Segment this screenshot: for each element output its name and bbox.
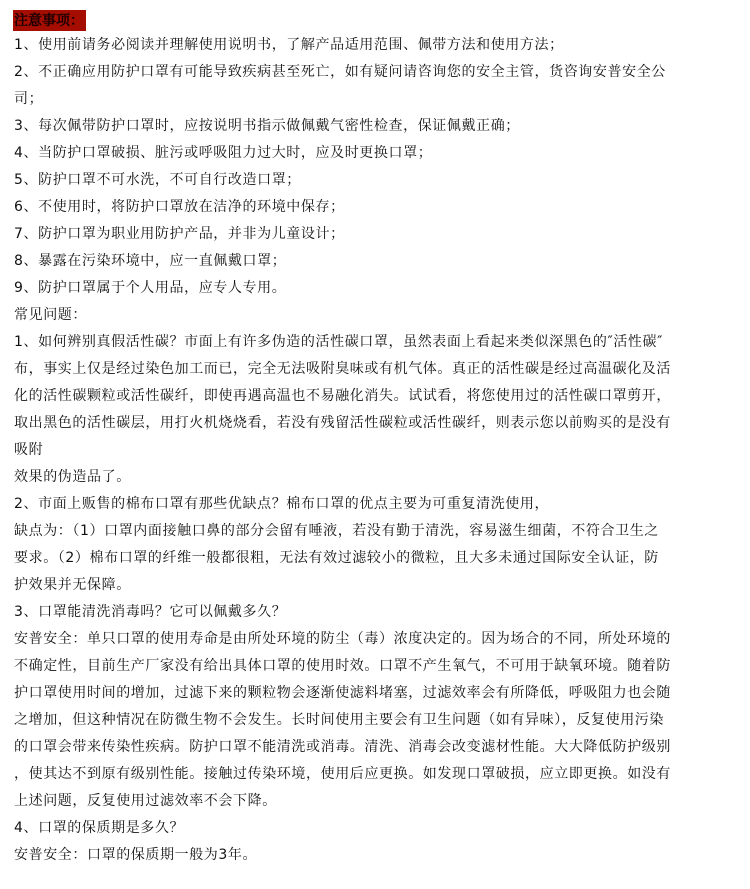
faq-line: 之增加，但这种情况在防微生物不会发生。长时间使用主要会有卫生问题（如有异味），反… [14, 707, 738, 734]
faq-line: ，使其达不到原有级别性能。接触过传染环境，使用后应更换。如发现口罩破损，应立即更… [14, 761, 738, 788]
notice-item: 3、每次佩带防护口罩时，应按说明书指示做佩戴气密性检查，保证佩戴正确； [14, 113, 738, 140]
faq-title: 常见问题： [14, 302, 738, 329]
faq-line: 上述问题，反复使用过滤效率不会下降。 [14, 788, 738, 815]
faq-line: 缺点为：（1）口罩内面接触口鼻的部分会留有唾液，若没有勤于清洗，容易滋生细菌，不… [14, 518, 738, 545]
faq-line: 布，事实上仅是经过染色加工而已，完全无法吸附臭味或有机气体。真正的活性碳是经过高… [14, 356, 738, 383]
faq-line: 1、如何辨别真假活性碳？市面上有许多伪造的活性碳口罩，虽然表面上看起来类似深黑色… [14, 329, 738, 356]
notice-item: 4、当防护口罩破损、脏污或呼吸阻力过大时，应及时更换口罩； [14, 140, 738, 167]
faq-line: 4、口罩的保质期是多久？ [14, 815, 738, 842]
faq-line: 护效果并无保障。 [14, 572, 738, 599]
notice-item: 8、暴露在污染环境中，应一直佩戴口罩； [14, 248, 738, 275]
notice-item: 5、防护口罩不可水洗，不可自行改造口罩； [14, 167, 738, 194]
faq-line: 护口罩使用时间的增加，过滤下来的颗粒物会逐渐使滤料堵塞，过滤效率会有所降低，呼吸… [14, 680, 738, 707]
faq-line: 3、口罩能清洗消毒吗？它可以佩戴多久？ [14, 599, 738, 626]
faq-line: 化的活性碳颗粒或活性碳纤，即使再遇高温也不易融化消失。试试看，将您使用过的活性碳… [14, 383, 738, 410]
faq-body: 1、如何辨别真假活性碳？市面上有许多伪造的活性碳口罩，虽然表面上看起来类似深黑色… [14, 329, 738, 869]
notice-item: 2、不正确应用防护口罩有可能导致疾病甚至死亡，如有疑问请咨询您的安全主管，货咨询… [14, 59, 738, 86]
faq-line: 取出黑色的活性碳层，用打火机烧烧看，若没有残留活性碳粒或活性碳纤，则表示您以前购… [14, 410, 738, 437]
notice-item: 司； [14, 86, 738, 113]
faq-line: 2、市面上贩售的棉布口罩有那些优缺点？棉布口罩的优点主要为可重复清洗使用， [14, 491, 738, 518]
faq-line: 要求。（2）棉布口罩的纤维一般都很粗，无法有效过滤较小的微粒，且大多未通过国际安… [14, 545, 738, 572]
faq-line: 安普安全：单只口罩的使用寿命是由所处环境的防尘（毒）浓度决定的。因为场合的不同，… [14, 626, 738, 653]
faq-line: 吸附 [14, 437, 738, 464]
notice-item: 9、防护口罩属于个人用品，应专人专用。 [14, 275, 738, 302]
document-page: 注意事项： 1、使用前请务必阅读并理解使用说明书，了解产品适用范围、佩带方法和使… [0, 0, 750, 869]
faq-line: 安普安全：口罩的保质期一般为3年。 [14, 842, 738, 869]
faq-line: 不确定性，目前生产厂家没有给出具体口罩的使用时效。口罩不产生氧气，不可用于缺氧环… [14, 653, 738, 680]
notice-item: 6、不使用时，将防护口罩放在洁净的环境中保存； [14, 194, 738, 221]
notice-item: 7、防护口罩为职业用防护产品，并非为儿童设计； [14, 221, 738, 248]
notice-list: 1、使用前请务必阅读并理解使用说明书，了解产品适用范围、佩带方法和使用方法； 2… [14, 32, 738, 302]
notice-item: 1、使用前请务必阅读并理解使用说明书，了解产品适用范围、佩带方法和使用方法； [14, 32, 738, 59]
faq-line: 效果的伪造品了。 [14, 464, 738, 491]
notice-header: 注意事项： [13, 10, 86, 31]
faq-line: 的口罩会带来传染性疾病。防护口罩不能清洗或消毒。清洗、消毒会改变滤材性能。大大降… [14, 734, 738, 761]
